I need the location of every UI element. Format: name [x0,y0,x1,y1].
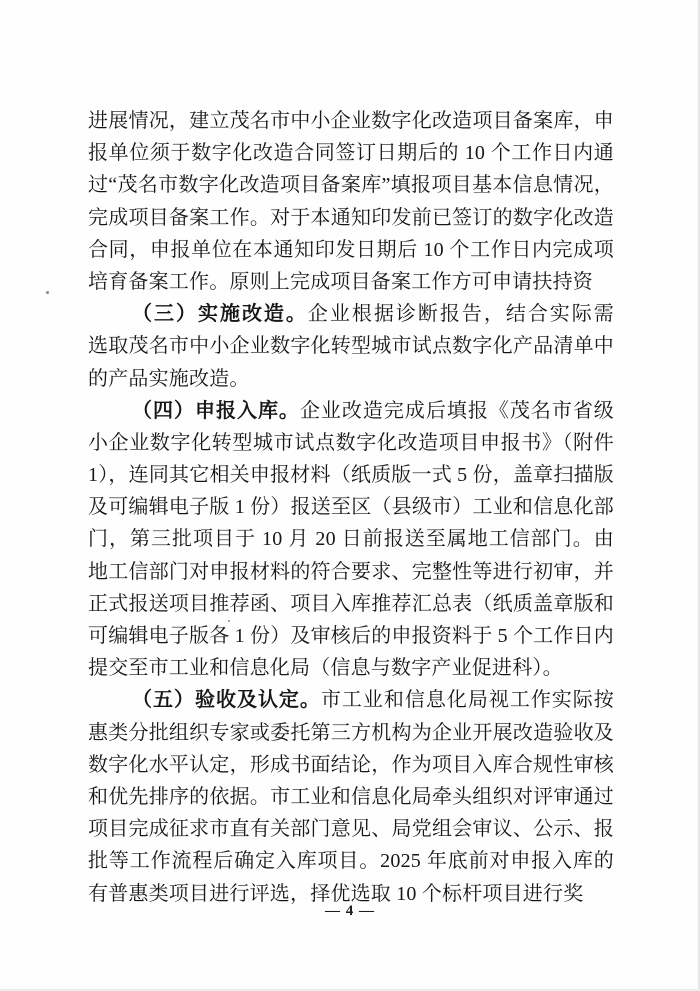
text-segment: 报单位须于数字化改造合同签订日期后的 10 个工作日内通 [88,142,614,164]
text-segment: 数字化水平认定，形成书面结论，作为项目入库合规性审核 [88,754,614,776]
document-page: 进展情况，建立茂名市中小企业数字化改造项目备案库，申报单位须于数字化改造合同签订… [0,0,700,991]
text-segment: 和优先排序的依据。市工业和信息化局牵头组织对评审通过 [88,786,614,808]
text-segment: 批等工作流程后确定入库项目。2025 年底前对申报入库的所 [88,850,614,877]
text-segment: 可编辑电子版各 1 份）及审核后的申报资料于 5 个工作日内 [88,625,614,647]
text-segment: 选取茂名市中小企业数字化转型城市试点数字化产品清单中 [88,335,614,357]
text-line: 门，第三批项目于 10 月 20 日前报送至属地工信部门。由属 [88,523,614,555]
text-line: 数字化水平认定，形成书面结论，作为项目入库合规性审核 [88,749,614,781]
text-segment: 提交至市工业和信息化局（信息与数字产业促进科）。 [88,657,563,679]
text-segment: 1），连同其它相关申报材料（纸质版一式 5 份，盖章扫描版 [88,464,614,486]
text-line: 合同，申报单位在本通知印发日期后 10 个工作日内完成项目 [88,234,614,266]
text-line: 批等工作流程后确定入库项目。2025 年底前对申报入库的所 [88,845,614,877]
text-line: （四）申报入库。企业改造完成后填报《茂名市省级中 [88,395,614,427]
text-line: （三）实施改造。企业根据诊断报告，结合实际需求， [88,298,614,330]
text-line: 过“茂名市数字化改造项目备案库”填报项目基本信息情况， [88,169,614,201]
section-heading: （三）实施改造。 [132,303,308,325]
text-segment: 合同，申报单位在本通知印发日期后 10 个工作日内完成项目 [88,239,614,266]
scan-speck [228,620,230,622]
text-line: 惠类分批组织专家或委托第三方机构为企业开展改造验收及 [88,717,614,749]
section-heading: （四）申报入库。 [132,400,300,422]
text-line: 项目完成征求市直有关部门意见、局党组会审议、公示、报 [88,813,614,845]
document-text: 进展情况，建立茂名市中小企业数字化改造项目备案库，申报单位须于数字化改造合同签订… [88,105,614,910]
text-segment: 项目完成征求市直有关部门意见、局党组会审议、公示、报 [88,818,614,840]
text-line: 提交至市工业和信息化局（信息与数字产业促进科）。 [88,652,614,684]
text-segment: 的产品实施改造。 [88,368,250,390]
text-line: 可编辑电子版各 1 份）及审核后的申报资料于 5 个工作日内 [88,620,614,652]
text-segment: 培育备案工作。原则上完成项目备案工作方可申请扶持资金。 [88,271,593,298]
text-line: 小企业数字化转型城市试点数字化改造项目申报书》（附件 [88,427,614,459]
text-segment: 地工信部门对申报材料的符合要求、完整性等进行初审，并 [88,561,614,583]
text-segment: 正式报送项目推荐函、项目入库推荐汇总表（纸质盖章版和 [88,593,614,615]
footer-page-number: — 4 — [0,903,700,920]
text-line: 的产品实施改造。 [88,363,614,395]
text-line: 及可编辑电子版 1 份）报送至区（县级市）工业和信息化部 [88,491,614,523]
text-line: 培育备案工作。原则上完成项目备案工作方可申请扶持资金。 [88,266,614,298]
text-line: 报单位须于数字化改造合同签订日期后的 10 个工作日内通 [88,137,614,169]
text-line: 进展情况，建立茂名市中小企业数字化改造项目备案库，申 [88,105,614,137]
text-line: 和优先排序的依据。市工业和信息化局牵头组织对评审通过 [88,781,614,813]
text-segment: 过“茂名市数字化改造项目备案库”填报项目基本信息情况， [88,174,614,196]
text-segment: 及可编辑电子版 1 份）报送至区（县级市）工业和信息化部 [88,496,614,518]
text-segment: 门，第三批项目于 10 月 20 日前报送至属地工信部门。由属 [88,528,614,555]
section-heading: （五）验收及认定。 [132,689,321,711]
text-line: （五）验收及认定。市工业和信息化局视工作实际按普 [88,684,614,716]
text-segment: 小企业数字化转型城市试点数字化改造项目申报书》（附件 [88,432,614,454]
text-line: 正式报送项目推荐函、项目入库推荐汇总表（纸质盖章版和 [88,588,614,620]
scan-speck [46,291,49,294]
text-line: 1），连同其它相关申报材料（纸质版一式 5 份，盖章扫描版 [88,459,614,491]
text-segment: 完成项目备案工作。对于本通知印发前已签订的数字化改造 [88,207,614,229]
text-segment: 进展情况，建立茂名市中小企业数字化改造项目备案库，申 [88,110,614,132]
text-line: 地工信部门对申报材料的符合要求、完整性等进行初审，并 [88,556,614,588]
text-line: 完成项目备案工作。对于本通知印发前已签订的数字化改造 [88,202,614,234]
text-line: 选取茂名市中小企业数字化转型城市试点数字化产品清单中 [88,330,614,362]
text-segment: 惠类分批组织专家或委托第三方机构为企业开展改造验收及 [88,722,614,744]
